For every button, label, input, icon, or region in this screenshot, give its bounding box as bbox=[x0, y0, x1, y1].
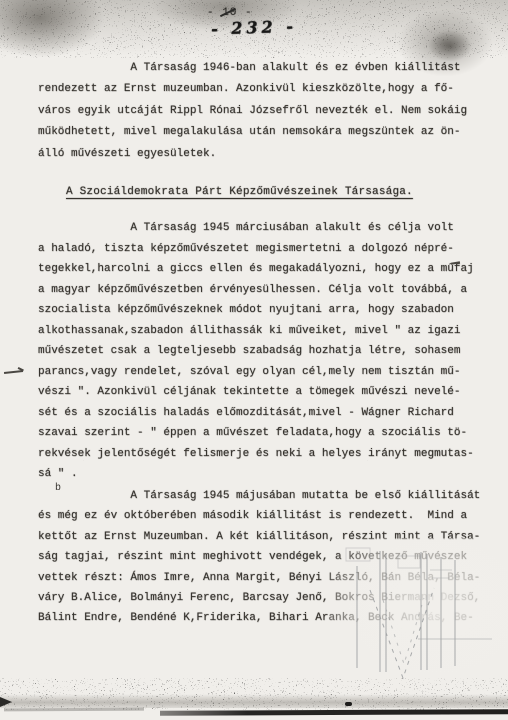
page-number-typed-text: - 10 - bbox=[207, 7, 253, 19]
margin-arrow-mark bbox=[4, 370, 23, 374]
paragraph-society-1946: A Társaság 1946-ban alakult és ez évben … bbox=[38, 58, 467, 165]
bottom-scan-line-faint bbox=[4, 708, 144, 712]
ink-dot bbox=[345, 702, 352, 706]
paragraph-society-1945-goals: A Társaság 1945 márciusában alakult és c… bbox=[38, 218, 474, 485]
page-number-handwritten: - 232 - bbox=[211, 17, 297, 39]
scanned-document-page: - 10 - - 232 - A Társaság 1946-ban alaku… bbox=[0, 0, 508, 720]
section-heading: A Szociáldemokrata Párt Képzőművészeinek… bbox=[66, 186, 413, 198]
paragraph-exhibitions-artists: A Társaság 1945 májusában mutatta be els… bbox=[38, 486, 480, 629]
bottom-left-wedge bbox=[0, 697, 12, 707]
page-number-typed: - 10 - bbox=[207, 7, 253, 19]
bottom-edge-smear bbox=[0, 694, 508, 708]
bottom-scan-line bbox=[160, 709, 508, 716]
